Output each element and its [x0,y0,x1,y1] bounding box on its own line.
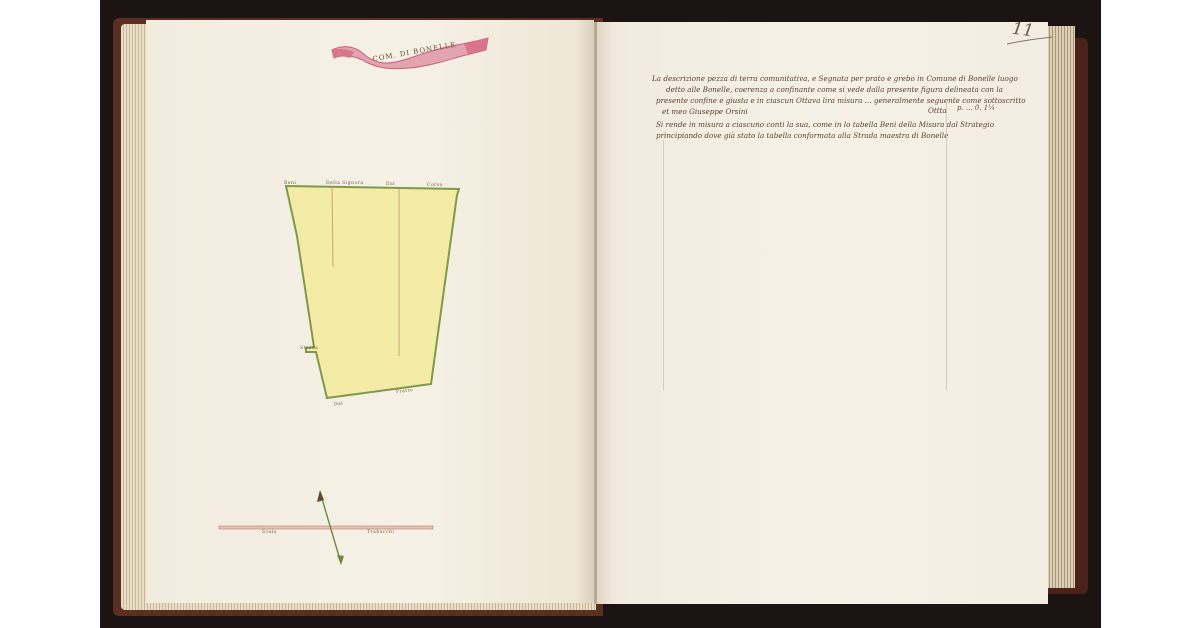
text-line-6: principiando dove già stato la tabella c… [656,131,948,142]
boundary-label-top-1: Beni [284,181,296,186]
boundary-label-top-3: Dal [386,182,395,187]
book-gutter [594,22,597,604]
boundary-label-notch: Strada [300,346,318,351]
text-line-2: detto alle Bonelle, coerenza a confinant… [666,85,1003,96]
ruled-margin-left [663,140,664,390]
boundary-label-bottom-1: Dal [334,402,344,408]
margin-note: p. ... 0. 1¼ [957,104,995,112]
scale-label-left: Scala [262,530,277,535]
boundary-label-top-4: Corso [427,183,443,188]
left-page [146,20,594,603]
text-line-1: La descrizione pezza di terra comunitati… [652,74,1018,85]
scale-label-right: Trabucchi [367,530,395,535]
folio-underline [1005,36,1055,46]
text-line-5: Si rende in misura a ciascuno conti la s… [656,120,994,131]
text-line-4: et meo Giuseppe Orsini [662,107,748,118]
ruled-margin-right [946,100,947,390]
signature-mark: Ottta [928,106,947,117]
boundary-label-top-2: Della Signora [326,181,364,186]
